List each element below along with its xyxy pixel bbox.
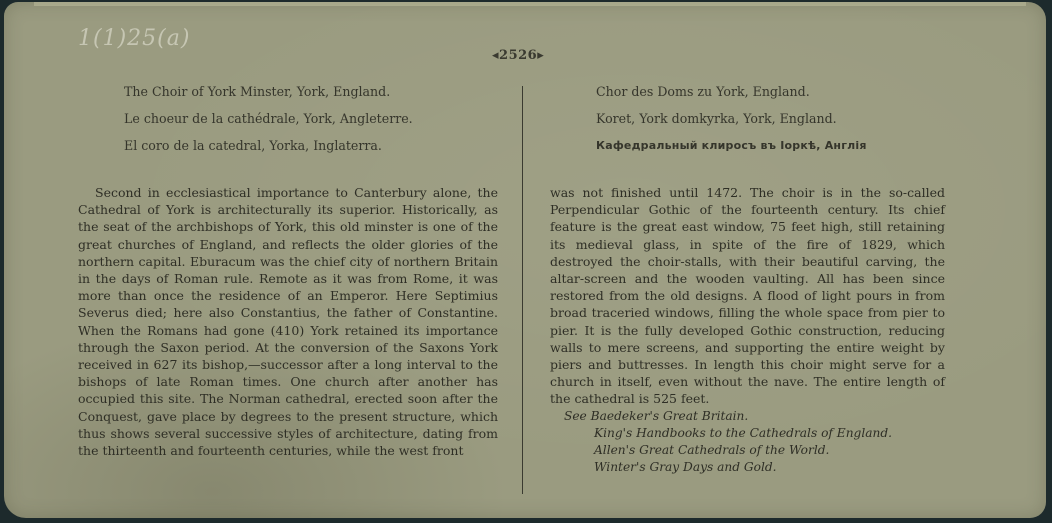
- references: See Baedeker's Great Britain. King's Han…: [550, 408, 945, 477]
- card-worn-edge: [34, 2, 1026, 6]
- pencil-mark: 1(1)25(a): [78, 26, 190, 51]
- titles-left: The Choir of York Minster, York, England…: [124, 82, 413, 163]
- reference-kings: King's Handbooks to the Cathedrals of En…: [550, 425, 945, 442]
- card-number: ◂2526▸: [492, 48, 544, 63]
- stereoview-card-back: 1(1)25(a) ◂2526▸ The Choir of York Minst…: [4, 2, 1046, 518]
- title-french: Le choeur de la cathédrale, York, Anglet…: [124, 109, 413, 136]
- column-divider: [522, 86, 523, 494]
- right-column: was not finished until 1472. The choir i…: [550, 184, 945, 476]
- right-column-text: was not finished until 1472. The choir i…: [550, 184, 945, 408]
- reference-winter: Winter's Gray Days and Gold.: [550, 459, 945, 476]
- titles-right: Chor des Doms zu York, England. Koret, Y…: [596, 82, 867, 163]
- reference-baedeker: See Baedeker's Great Britain.: [550, 408, 945, 425]
- title-swedish: Koret, York domkyrka, York, England.: [596, 109, 867, 136]
- title-russian: Кафедральный клиросъ въ Iоркѣ, Англія: [596, 136, 867, 163]
- title-english: The Choir of York Minster, York, England…: [124, 82, 413, 109]
- left-column-text: Second in ecclesiastical importance to C…: [78, 184, 498, 459]
- title-german: Chor des Doms zu York, England.: [596, 82, 867, 109]
- reference-allen: Allen's Great Cathedrals of the World.: [550, 442, 945, 459]
- title-spanish: El coro de la catedral, Yorka, Inglaterr…: [124, 136, 413, 163]
- left-column: Second in ecclesiastical importance to C…: [78, 184, 498, 459]
